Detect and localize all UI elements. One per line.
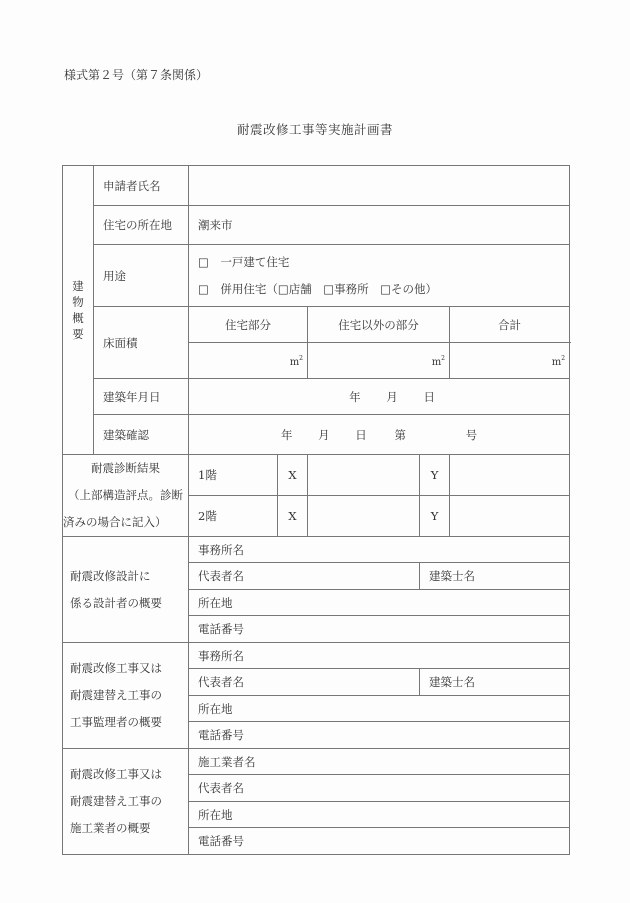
designer-phone-field[interactable]: 電話番号 bbox=[189, 616, 570, 643]
month-label: 月 bbox=[386, 389, 398, 405]
floor-area-label: 床面積 bbox=[94, 307, 189, 379]
usage-options[interactable]: □ 一戸建て住宅 □ 併用住宅（□店舗 □事務所 □その他） bbox=[189, 245, 570, 307]
year-label: 年 bbox=[281, 427, 293, 443]
usage-label: 用途 bbox=[94, 245, 189, 307]
usage-option-detached-house[interactable]: □ 一戸建て住宅 bbox=[198, 249, 569, 276]
supervisor-section-label: 耐震改修工事又は 耐震建替え工事の 工事監理者の概要 bbox=[63, 643, 189, 749]
plan-form-table: 建物概要 申請者氏名 住宅の所在地 潮来市 用途 □ 一戸建て住宅 □ 併用住宅… bbox=[62, 165, 570, 855]
construction-date-label: 建築年月日 bbox=[94, 379, 189, 415]
floor-area-residential-field[interactable]: m2 bbox=[189, 343, 308, 379]
applicant-name-field[interactable] bbox=[189, 166, 570, 206]
designer-architect-field[interactable]: 建築士名 bbox=[420, 563, 570, 590]
month-label: 月 bbox=[318, 427, 330, 443]
floor-area-col-residential: 住宅部分 bbox=[189, 307, 308, 343]
floor-1-x-label: X bbox=[278, 455, 308, 496]
floor-area-non-residential-field[interactable]: m2 bbox=[308, 343, 450, 379]
address-field[interactable]: 潮来市 bbox=[189, 206, 570, 245]
floor-area-col-total: 合計 bbox=[450, 307, 570, 343]
floor-2-x-field[interactable] bbox=[308, 496, 420, 537]
document-title: 耐震改修工事等実施計画書 bbox=[0, 120, 630, 138]
floor-1-x-field[interactable] bbox=[308, 455, 420, 496]
supervisor-phone-field[interactable]: 電話番号 bbox=[189, 722, 570, 749]
floor-area-col-non-residential: 住宅以外の部分 bbox=[308, 307, 450, 343]
designer-representative-field[interactable]: 代表者名 bbox=[189, 563, 420, 590]
construction-date-field[interactable]: 年 月 日 bbox=[189, 379, 570, 415]
floor-2-label: 2階 bbox=[189, 496, 278, 537]
floor-area-total-field[interactable]: m2 bbox=[450, 343, 570, 379]
contractor-company-name-field[interactable]: 施工業者名 bbox=[189, 749, 570, 775]
applicant-name-label: 申請者氏名 bbox=[94, 166, 189, 206]
day-label: 日 bbox=[355, 427, 367, 443]
contractor-location-field[interactable]: 所在地 bbox=[189, 802, 570, 828]
supervisor-office-name-field[interactable]: 事務所名 bbox=[189, 643, 570, 669]
supervisor-location-field[interactable]: 所在地 bbox=[189, 696, 570, 722]
floor-1-label: 1階 bbox=[189, 455, 278, 496]
floor-1-y-field[interactable] bbox=[450, 455, 570, 496]
designer-office-name-field[interactable]: 事務所名 bbox=[189, 537, 570, 563]
year-label: 年 bbox=[349, 389, 361, 405]
designer-section-label: 耐震改修設計に 係る設計者の概要 bbox=[63, 537, 189, 643]
floor-2-x-label: X bbox=[278, 496, 308, 537]
number-prefix-label: 第 bbox=[394, 427, 406, 443]
floor-1-y-label: Y bbox=[420, 455, 450, 496]
address-label: 住宅の所在地 bbox=[94, 206, 189, 245]
floor-2-y-label: Y bbox=[420, 496, 450, 537]
number-suffix-label: 号 bbox=[466, 427, 478, 443]
supervisor-representative-field[interactable]: 代表者名 bbox=[189, 669, 420, 696]
day-label: 日 bbox=[423, 389, 435, 405]
floor-2-y-field[interactable] bbox=[450, 496, 570, 537]
contractor-phone-field[interactable]: 電話番号 bbox=[189, 828, 570, 855]
supervisor-architect-field[interactable]: 建築士名 bbox=[420, 669, 570, 696]
contractor-representative-field[interactable]: 代表者名 bbox=[189, 775, 570, 802]
building-overview-section-label: 建物概要 bbox=[63, 166, 94, 455]
building-confirmation-label: 建築確認 bbox=[94, 415, 189, 455]
designer-location-field[interactable]: 所在地 bbox=[189, 590, 570, 616]
form-number: 様式第２号（第７条関係） bbox=[64, 66, 208, 83]
usage-option-mixed-use[interactable]: □ 併用住宅（□店舗 □事務所 □その他） bbox=[198, 276, 569, 303]
contractor-section-label: 耐震改修工事又は 耐震建替え工事の 施工業者の概要 bbox=[63, 749, 189, 855]
building-confirmation-field[interactable]: 年 月 日 第 号 bbox=[189, 415, 570, 455]
seismic-diagnosis-label: 耐震診断結果 （上部構造評点。診断 済みの場合に記入） bbox=[63, 455, 189, 537]
